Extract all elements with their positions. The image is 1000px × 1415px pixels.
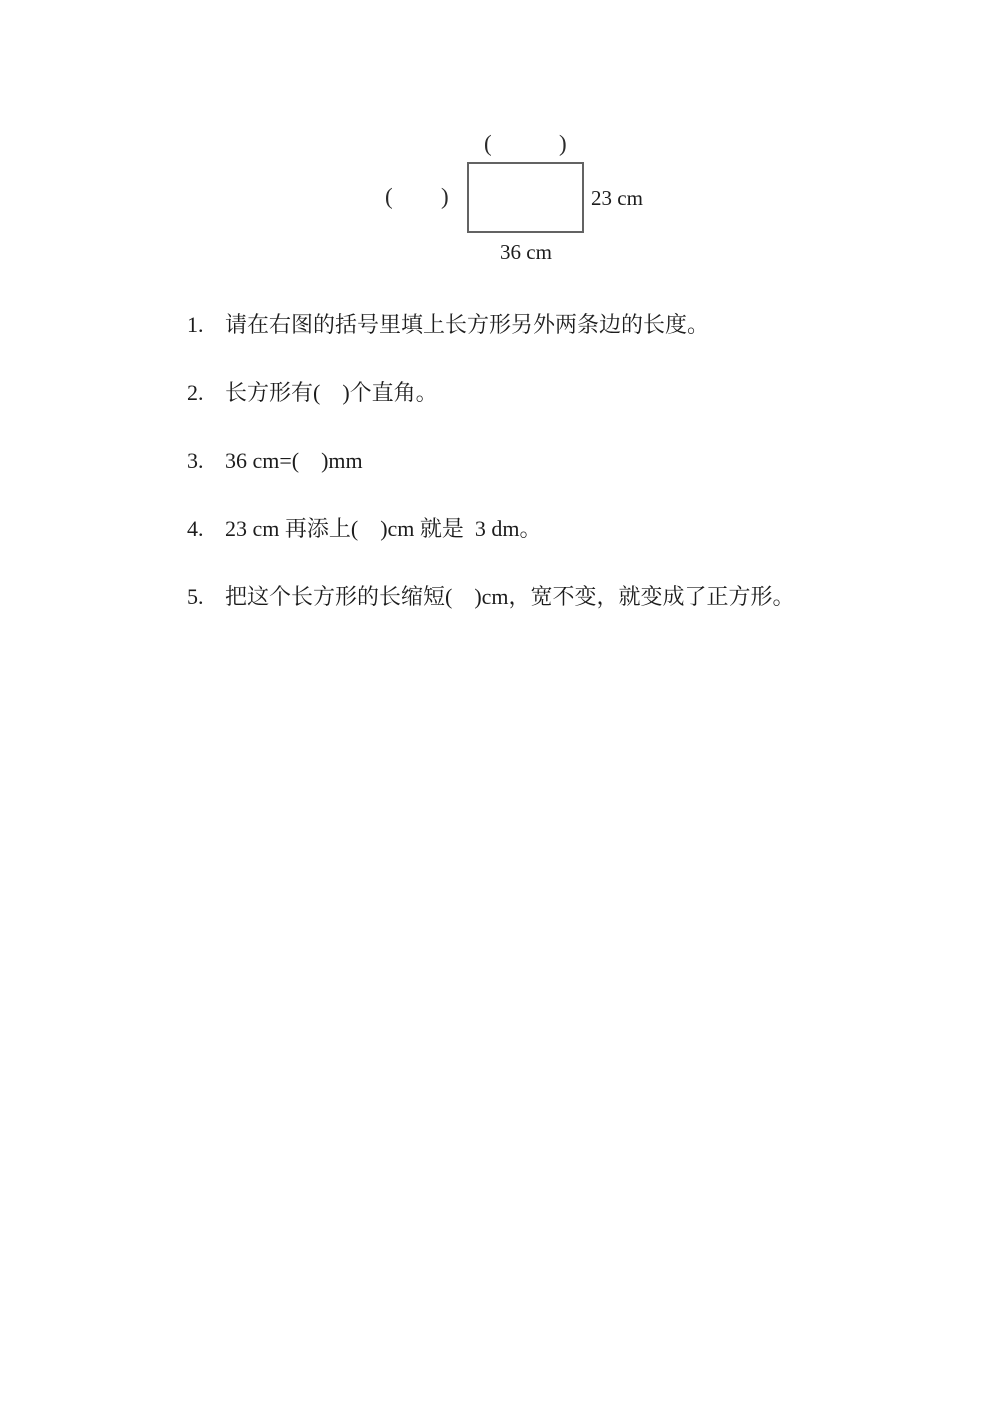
rectangle-diagram: ( ) ( ) 23 cm 36 cm [0, 0, 1000, 290]
right-side-length-label: 23 cm [591, 186, 643, 210]
worksheet-page: ( ) ( ) 23 cm 36 cm 1. 请在右图的括号里填上长方形另外两条… [0, 0, 1000, 1415]
question-number: 2. [187, 380, 225, 406]
question-text: 长方形有( )个直角。 [225, 380, 438, 406]
question-text: 请在右图的括号里填上长方形另外两条边的长度。 [225, 312, 709, 338]
question-item-4: 4. 23 cm 再添上( )cm 就是 3 dm。 [187, 516, 867, 542]
bottom-side-length-label: 36 cm [500, 240, 552, 264]
left-blank-open-paren: ( [385, 185, 393, 209]
question-list: 1. 请在右图的括号里填上长方形另外两条边的长度。 2. 长方形有( )个直角。… [187, 312, 867, 652]
question-item-1: 1. 请在右图的括号里填上长方形另外两条边的长度。 [187, 312, 867, 338]
question-number: 4. [187, 516, 225, 542]
top-blank-open-paren: ( [484, 132, 492, 156]
question-text: 把这个长方形的长缩短( )cm，宽不变，就变成了正方形。 [225, 584, 795, 610]
left-blank-close-paren: ) [441, 185, 449, 209]
question-item-5: 5. 把这个长方形的长缩短( )cm，宽不变，就变成了正方形。 [187, 584, 867, 610]
question-number: 3. [187, 448, 225, 474]
question-number: 1. [187, 312, 225, 338]
top-blank-close-paren: ) [559, 132, 567, 156]
question-text: 36 cm=( )mm [225, 448, 363, 474]
question-text: 23 cm 再添上( )cm 就是 3 dm。 [225, 516, 542, 542]
question-number: 5. [187, 584, 225, 610]
rectangle-shape [467, 162, 584, 233]
question-item-2: 2. 长方形有( )个直角。 [187, 380, 867, 406]
question-item-3: 3. 36 cm=( )mm [187, 448, 867, 474]
